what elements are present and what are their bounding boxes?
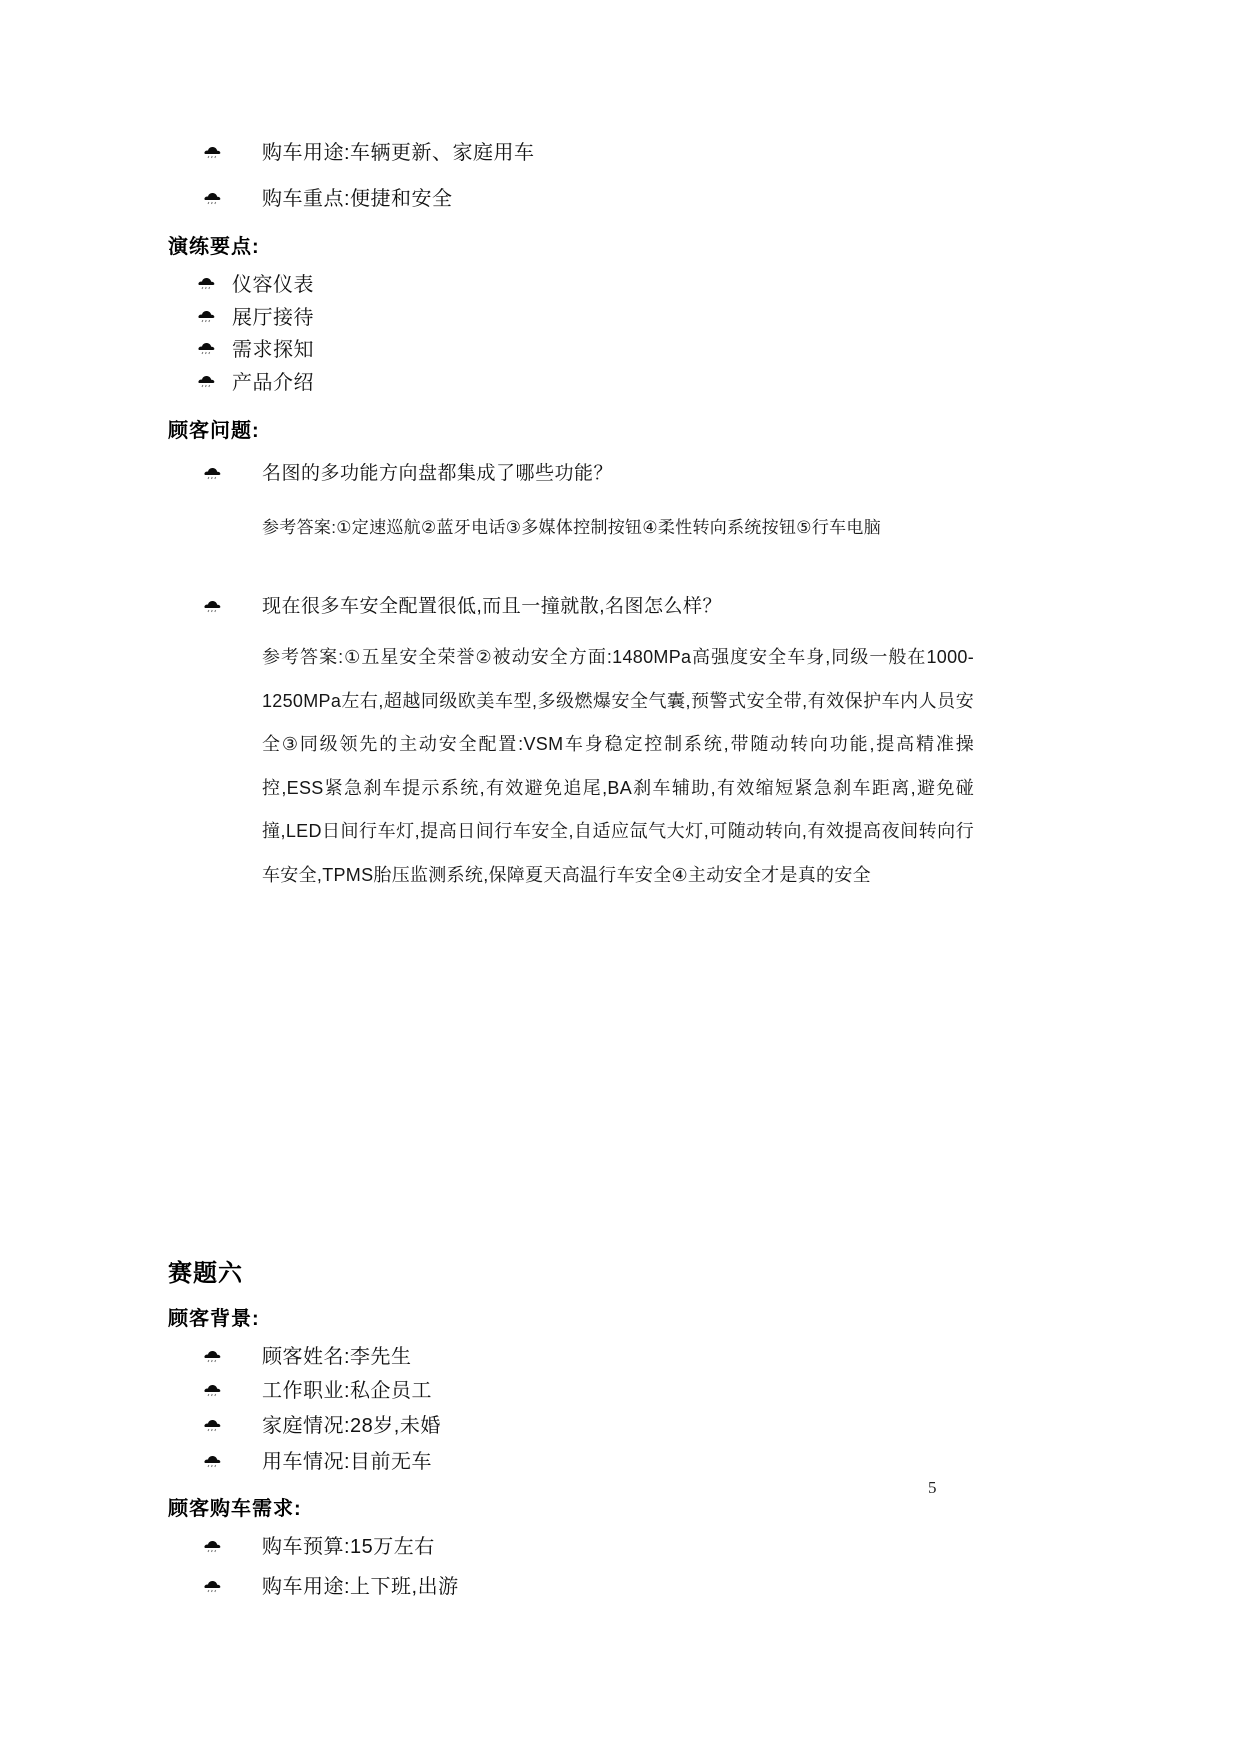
rain-cloud-bullet-icon xyxy=(197,309,216,329)
bullet-text: 顾客姓名:李先生 xyxy=(262,1344,412,1370)
rain-cloud-bullet-icon xyxy=(203,466,222,486)
rain-cloud-bullet-icon xyxy=(203,1579,222,1599)
bullet-text: 用车情况:目前无车 xyxy=(262,1449,432,1475)
bullet-text: 展厅接待 xyxy=(232,305,314,331)
list-item: 购车预算:15万左右 xyxy=(203,1534,435,1560)
list-item: 用车情况:目前无车 xyxy=(203,1449,432,1475)
list-item: 购车重点:便捷和安全 xyxy=(203,186,453,212)
bullet-text: 家庭情况:28岁,未婚 xyxy=(262,1413,441,1439)
rain-cloud-bullet-icon xyxy=(203,1454,222,1474)
section-heading-needs: 顾客购车需求: xyxy=(168,1492,302,1521)
rain-cloud-bullet-icon xyxy=(203,1383,222,1403)
rain-cloud-bullet-icon xyxy=(197,341,216,361)
bullet-text: 产品介绍 xyxy=(232,370,314,396)
question-text: 现在很多车安全配置很低,而且一撞就散,名图怎么样？ xyxy=(262,594,722,619)
rain-cloud-bullet-icon xyxy=(203,599,222,619)
list-item: 产品介绍 xyxy=(197,370,314,396)
bullet-text: 购车用途:上下班,出游 xyxy=(262,1574,459,1600)
rain-cloud-bullet-icon xyxy=(203,191,222,211)
bullet-text: 工作职业:私企员工 xyxy=(262,1378,432,1404)
topic-title: 赛题六 xyxy=(168,1253,243,1288)
section-heading-practice: 演练要点: xyxy=(168,230,260,259)
question-item: 现在很多车安全配置很低,而且一撞就散,名图怎么样？ xyxy=(203,594,722,619)
rain-cloud-bullet-icon xyxy=(197,276,216,296)
document-page: 购车用途:车辆更新、家庭用车 购车重点:便捷和安全 演练要点: 仪容仪表 展厅接… xyxy=(0,0,1241,1754)
page-number: 5 xyxy=(928,1478,937,1498)
bullet-text: 仪容仪表 xyxy=(232,272,314,298)
answer-paragraph: 参考答案:①五星安全荣誉②被动安全方面:1480MPa高强度安全车身,同级一般在… xyxy=(262,636,974,898)
rain-cloud-bullet-icon xyxy=(203,1539,222,1559)
bullet-text: 需求探知 xyxy=(232,337,314,363)
rain-cloud-bullet-icon xyxy=(203,1418,222,1438)
rain-cloud-bullet-icon xyxy=(203,1349,222,1369)
bullet-text: 购车预算:15万左右 xyxy=(262,1534,435,1560)
section-heading-background: 顾客背景: xyxy=(168,1302,260,1331)
list-item: 顾客姓名:李先生 xyxy=(203,1344,412,1370)
rain-cloud-bullet-icon xyxy=(203,145,222,165)
bullet-text: 购车重点:便捷和安全 xyxy=(262,186,453,212)
list-item: 仪容仪表 xyxy=(197,272,314,298)
list-item: 展厅接待 xyxy=(197,305,314,331)
list-item: 需求探知 xyxy=(197,337,314,363)
question-item: 名图的多功能方向盘都集成了哪些功能？ xyxy=(203,461,613,486)
rain-cloud-bullet-icon xyxy=(197,374,216,394)
list-item: 购车用途:车辆更新、家庭用车 xyxy=(203,140,535,166)
question-text: 名图的多功能方向盘都集成了哪些功能？ xyxy=(262,461,613,486)
bullet-text: 购车用途:车辆更新、家庭用车 xyxy=(262,140,535,166)
list-item: 家庭情况:28岁,未婚 xyxy=(203,1413,441,1439)
list-item: 工作职业:私企员工 xyxy=(203,1378,432,1404)
list-item: 购车用途:上下班,出游 xyxy=(203,1574,459,1600)
section-heading-questions: 顾客问题: xyxy=(168,414,260,443)
answer-text: 参考答案:①定速巡航②蓝牙电话③多媒体控制按钮④柔性转向系统按钮⑤行车电脑 xyxy=(262,513,881,538)
